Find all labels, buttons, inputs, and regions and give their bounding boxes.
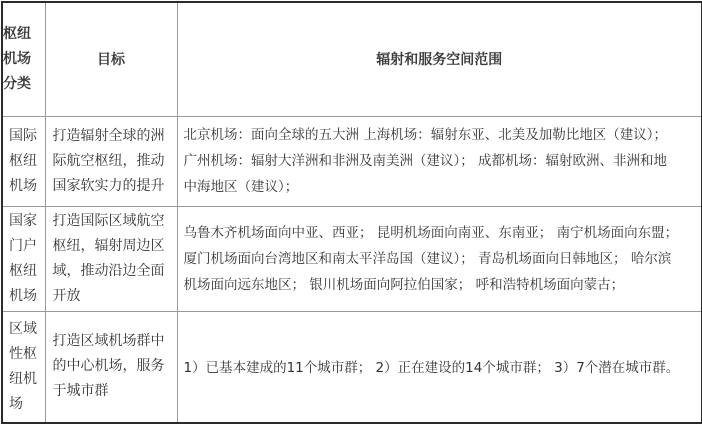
cell-text: 北京机场：面向全球的五大洲 上海机场：辐射东亚、北美及加勒比地区（建议）； bbox=[184, 122, 698, 148]
cell-text: 中海地区（建议）； bbox=[184, 174, 698, 200]
cell-text: 际航空枢纽，推动 bbox=[53, 149, 173, 174]
cell-text: 打造区域机场群中 bbox=[53, 329, 173, 354]
cell-text: 枢纽，辐射周边区 bbox=[53, 234, 173, 259]
goal-cell: 打造区域机场群中 的中心机场，服务 于城市群 bbox=[45, 311, 177, 423]
category-cell: 国际 枢纽 机场 bbox=[2, 116, 45, 206]
goal-cell: 打造辐射全球的洲 际航空枢纽，推动 国家软实力的提升 bbox=[45, 116, 177, 206]
scope-cell: 北京机场：面向全球的五大洲 上海机场：辐射东亚、北美及加勒比地区（建议）； 广州… bbox=[177, 116, 702, 206]
table-row: 区域 性枢 纽机 场 打造区域机场群中 的中心机场，服务 于城市群 1）已基本建… bbox=[2, 311, 702, 423]
cell-text: 机场 bbox=[9, 284, 45, 309]
cell-text: 开放 bbox=[53, 284, 173, 309]
cell-text: 国家 bbox=[9, 209, 45, 234]
header-text: 机场 bbox=[3, 47, 45, 72]
goal-cell: 打造国际区域航空 枢纽，辐射周边区 域，推动沿边全面 开放 bbox=[45, 206, 177, 311]
cell-text: 机场 bbox=[9, 174, 45, 199]
cell-text: 打造辐射全球的洲 bbox=[53, 124, 173, 149]
table-row: 国际 枢纽 机场 打造辐射全球的洲 际航空枢纽，推动 国家软实力的提升 北京机场… bbox=[2, 116, 702, 206]
cell-text: 于城市群 bbox=[53, 379, 173, 404]
header-scope: 辐射和服务空间范围 bbox=[177, 2, 702, 116]
cell-text: 纽机 bbox=[9, 367, 45, 392]
category-cell: 区域 性枢 纽机 场 bbox=[2, 311, 45, 423]
cell-text: 区域 bbox=[9, 317, 45, 342]
category-cell: 国家 门户 枢纽 机场 bbox=[2, 206, 45, 311]
table-row: 国家 门户 枢纽 机场 打造国际区域航空 枢纽，辐射周边区 域，推动沿边全面 开… bbox=[2, 206, 702, 311]
header-hub-category: 枢纽 机场 分类 bbox=[2, 2, 45, 116]
cell-text: 厦门机场面向台湾地区和南太平洋岛国（建议）； 青岛机场面向日韩地区； 哈尔滨 bbox=[184, 246, 698, 272]
cell-text: 场 bbox=[9, 392, 45, 417]
cell-text: 枢纽 bbox=[9, 259, 45, 284]
cell-text: 国家软实力的提升 bbox=[53, 174, 173, 199]
cell-text: 的中心机场，服务 bbox=[53, 354, 173, 379]
table-header-row: 枢纽 机场 分类 目标 辐射和服务空间范围 bbox=[2, 2, 702, 116]
scope-cell: 1）已基本建成的11个城市群； 2）正在建设的14个城市群； 3）7个潜在城市群… bbox=[177, 311, 702, 423]
cell-text: 域，推动沿边全面 bbox=[53, 259, 173, 284]
cell-text: 性枢 bbox=[9, 342, 45, 367]
cell-text: 打造国际区域航空 bbox=[53, 209, 173, 234]
header-text: 分类 bbox=[3, 72, 45, 97]
header-goal: 目标 bbox=[45, 2, 177, 116]
cell-text: 广州机场：辐射大洋洲和非洲及南美洲（建议）； 成都机场：辐射欧洲、非洲和地 bbox=[184, 148, 698, 174]
scope-cell: 乌鲁木齐机场面向中亚、西亚； 昆明机场面向南亚、东南亚； 南宁机场面向东盟； 厦… bbox=[177, 206, 702, 311]
cell-text: 国际 bbox=[9, 124, 45, 149]
header-text: 枢纽 bbox=[3, 22, 45, 47]
airport-hub-classification-table: 枢纽 机场 分类 目标 辐射和服务空间范围 国际 枢纽 机场 打造辐射全球的洲 … bbox=[1, 1, 702, 424]
cell-text: 乌鲁木齐机场面向中亚、西亚； 昆明机场面向南亚、东南亚； 南宁机场面向东盟； bbox=[184, 220, 698, 246]
cell-text: 门户 bbox=[9, 234, 45, 259]
cell-text: 枢纽 bbox=[9, 149, 45, 174]
cell-text: 机场面向远东地区； 银川机场面向阿拉伯国家； 呼和浩特机场面向蒙古； bbox=[184, 272, 698, 298]
cell-text: 1）已基本建成的11个城市群； 2）正在建设的14个城市群； 3）7个潜在城市群… bbox=[184, 353, 698, 381]
